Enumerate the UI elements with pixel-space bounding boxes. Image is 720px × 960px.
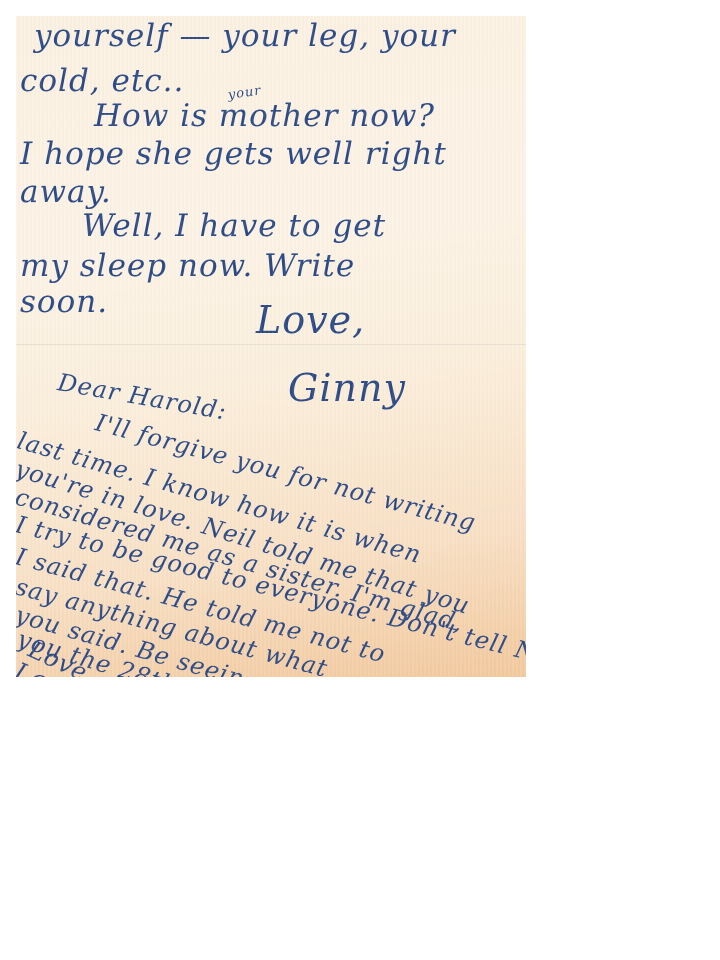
paper-fold-crease <box>16 344 526 346</box>
letter-page: yourself — your leg, your cold, etc.. yo… <box>16 16 526 677</box>
letter-signature: Ginny <box>288 366 406 410</box>
letter-line: I hope she gets well right <box>20 136 447 172</box>
letter-line: yourself — your leg, your <box>34 18 456 54</box>
letter-closing: Love, <box>256 298 365 342</box>
letter-line: Well, I have to get <box>82 208 386 244</box>
letter-line: How is mother now? <box>94 98 435 134</box>
letter-line: away. <box>20 174 112 210</box>
letter-salutation: Dear Harold: <box>56 368 229 425</box>
letter-line: my sleep now. Write <box>20 248 355 284</box>
letter-line: cold, etc.. <box>20 63 184 99</box>
letter-line: soon. <box>20 284 108 320</box>
